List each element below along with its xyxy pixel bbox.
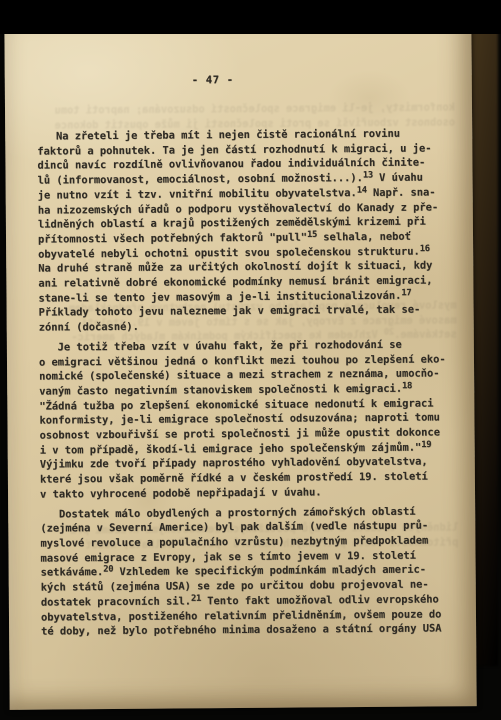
paragraph: Je totiž třeba vzít v úvahu fakt, že při… xyxy=(39,337,456,502)
ghost-line: konformisty, je-li emigrace společností … xyxy=(155,100,455,117)
text-line: zónní (dočasné). xyxy=(39,317,455,335)
page-number: - 47 - xyxy=(192,74,234,86)
text-block: Na zřeteli je třeba mít i nejen čistě ra… xyxy=(37,126,457,639)
photo-backdrop: - 47 - konformisty, je-li emigrace spole… xyxy=(0,0,501,720)
text-line: v takto vyhrocené podobě nepřipadají v ú… xyxy=(40,484,456,502)
scanned-page: - 47 - konformisty, je-li emigrace spole… xyxy=(4,14,476,710)
text-line: té doby, než bylo potřebného minima dosa… xyxy=(41,622,457,640)
paragraph: Dostatek málo obydlených a prostorných z… xyxy=(40,504,457,640)
paragraph: Na zřeteli je třeba mít i nejen čistě ra… xyxy=(37,126,455,335)
